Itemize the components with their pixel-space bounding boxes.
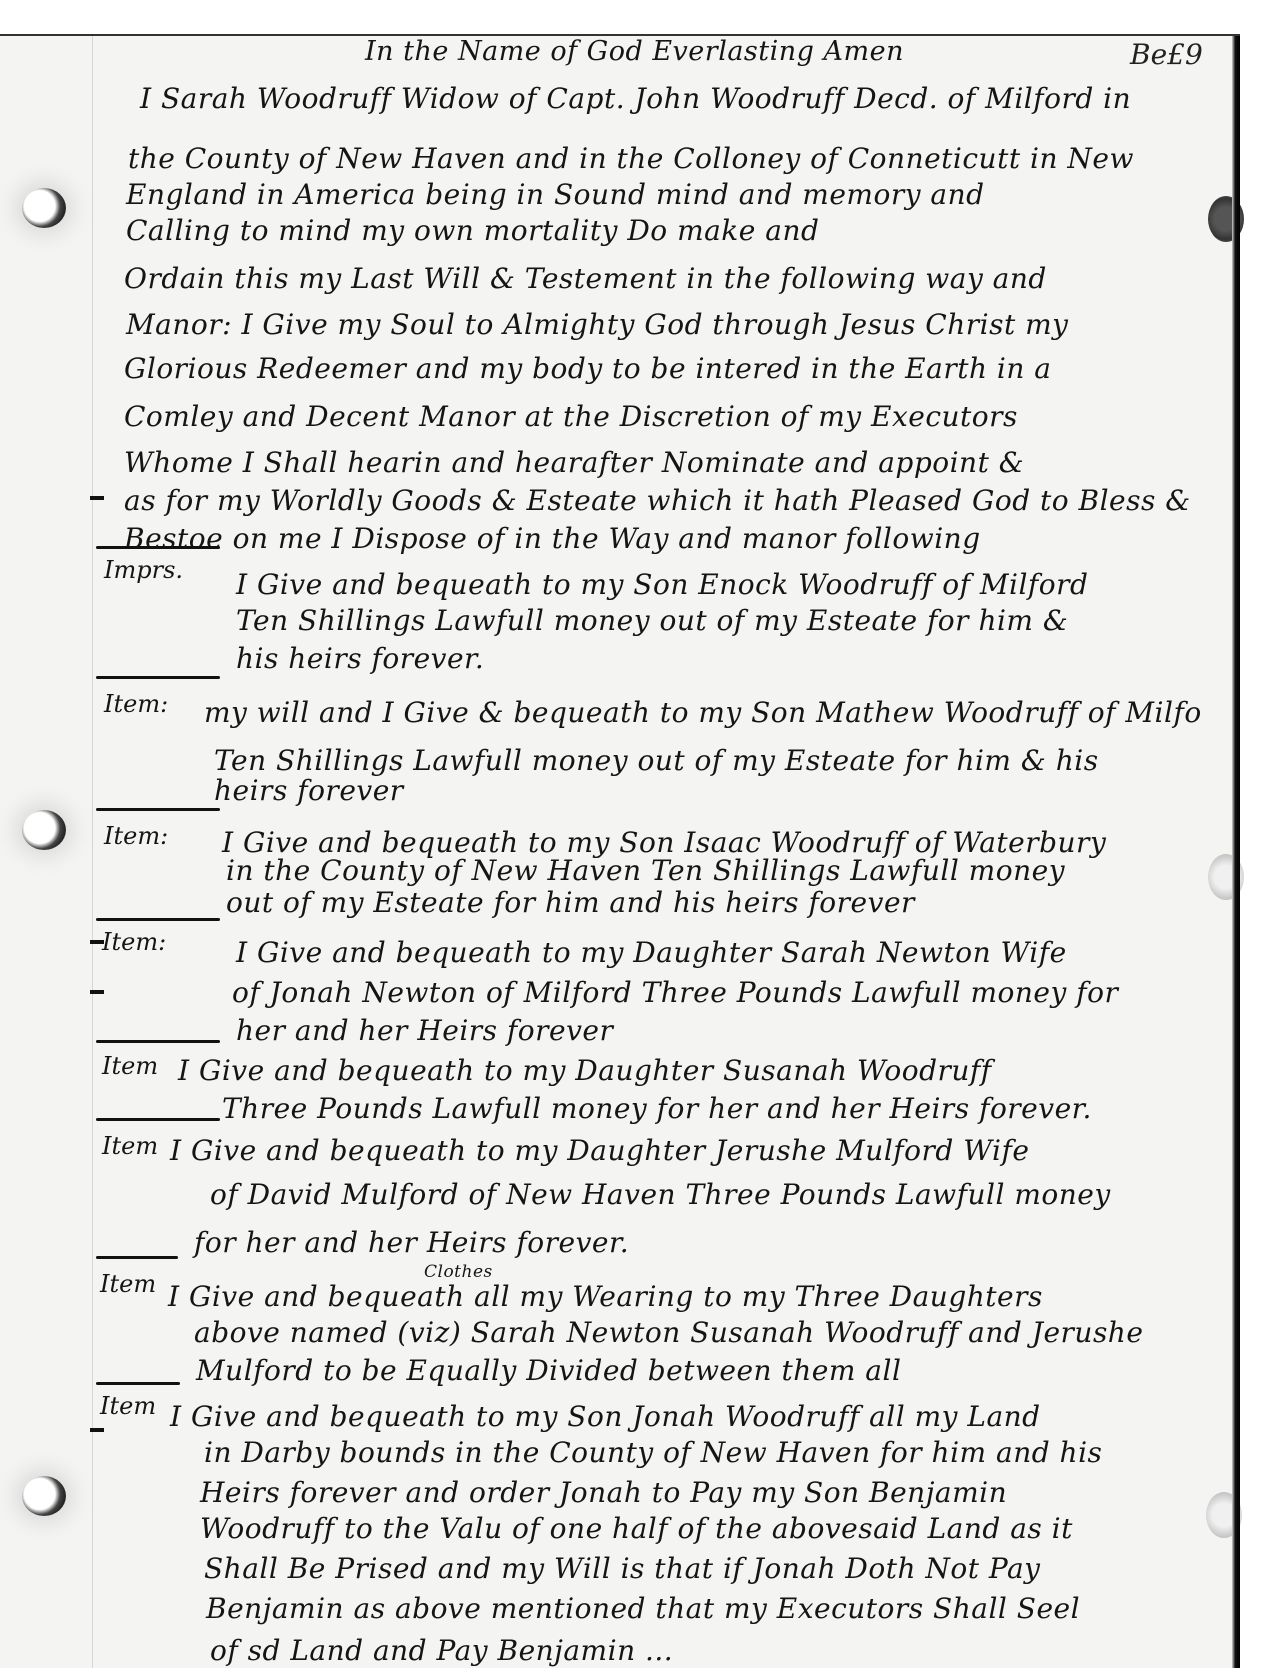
margin-line xyxy=(92,34,93,1668)
bequest-line: in Darby bounds in the County of New Hav… xyxy=(204,1436,1102,1469)
preamble-line: Glorious Redeemer and my body to be inte… xyxy=(124,352,1051,385)
bequest-label: Item xyxy=(102,1132,158,1160)
bequest-line: above named (viz) Sarah Newton Susanah W… xyxy=(194,1316,1143,1349)
section-rule xyxy=(96,1382,180,1385)
bequest-label: Imprs. xyxy=(104,556,183,584)
bequest-label: Item: xyxy=(104,822,168,850)
document-heading: In the Name of God Everlasting Amen xyxy=(365,36,904,67)
margin-mark xyxy=(90,990,104,994)
bequest-line: I Give and bequeath to my Daughter Susan… xyxy=(178,1054,992,1087)
bequest-line: Three Pounds Lawfull money for her and h… xyxy=(222,1092,1092,1125)
punch-hole-left-middle xyxy=(22,810,66,850)
preamble-line: Calling to mind my own mortality Do make… xyxy=(126,214,819,247)
bequest-line: Shall Be Prised and my Will is that if J… xyxy=(204,1552,1041,1585)
preamble-line: Manor: I Give my Soul to Almighty God th… xyxy=(126,308,1068,341)
section-rule xyxy=(96,676,220,679)
punch-hole-left-top xyxy=(22,188,66,228)
bequest-line: Heirs forever and order Jonah to Pay my … xyxy=(200,1476,1007,1509)
margin-mark xyxy=(90,940,104,944)
bequest-line: in the County of New Haven Ten Shillings… xyxy=(226,854,1065,887)
bequest-label: Item xyxy=(100,1270,156,1298)
scan-top-margin xyxy=(0,0,1275,34)
bequest-line: her and her Heirs forever xyxy=(236,1014,613,1047)
bequest-line: Ten Shillings Lawfull money out of my Es… xyxy=(236,604,1068,637)
bequest-line: I Give and bequeath to my Son Enock Wood… xyxy=(236,568,1088,601)
preamble-line: England in America being in Sound mind a… xyxy=(126,178,985,211)
preamble-line: the County of New Haven and in the Collo… xyxy=(128,142,1134,175)
bequest-line: my will and I Give & bequeath to my Son … xyxy=(204,696,1202,729)
bequest-line: of sd Land and Pay Benjamin ... xyxy=(210,1634,673,1667)
preamble-line: Bestoe on me I Dispose of in the Way and… xyxy=(124,522,981,555)
preamble-line: Ordain this my Last Will & Testement in … xyxy=(124,262,1047,295)
section-rule xyxy=(96,1256,178,1259)
bequest-line: I Give and bequeath to my Daughter Sarah… xyxy=(236,936,1067,969)
bequest-line: heirs forever xyxy=(214,774,404,807)
bequest-label: Item: xyxy=(104,690,168,718)
punch-hole-right-middle xyxy=(1208,854,1244,900)
margin-mark xyxy=(90,496,104,500)
section-rule xyxy=(96,808,220,811)
bequest-line: Mulford to be Equally Divided between th… xyxy=(196,1354,901,1387)
preamble-line: as for my Worldly Goods & Esteate which … xyxy=(124,484,1191,517)
bequest-label: Item xyxy=(102,1052,158,1080)
bequest-line: I Give and bequeath to my Daughter Jerus… xyxy=(170,1134,1029,1167)
punch-hole-right-top xyxy=(1208,196,1244,242)
bequest-line: Ten Shillings Lawfull money out of my Es… xyxy=(214,744,1099,777)
bequest-label: Item xyxy=(100,1392,156,1420)
bequest-line: I Give and bequeath all my Wearing to my… xyxy=(168,1280,1043,1313)
bequest-line: I Give and bequeath to my Son Jonah Wood… xyxy=(170,1400,1041,1433)
punch-hole-right-bottom xyxy=(1206,1492,1242,1538)
reference-mark: Be£9 xyxy=(1130,38,1203,71)
bequest-line: of Jonah Newton of Milford Three Pounds … xyxy=(232,976,1118,1009)
bequest-line: his heirs forever. xyxy=(236,642,484,675)
bequest-line: out of my Esteate for him and his heirs … xyxy=(226,886,915,919)
interlineation: Clothes xyxy=(424,1262,493,1282)
bequest-line: Benjamin as above mentioned that my Exec… xyxy=(206,1592,1080,1625)
preamble-line: I Sarah Woodruff Widow of Capt. John Woo… xyxy=(140,82,1131,115)
preamble-line: Whome I Shall hearin and hearafter Nomin… xyxy=(124,446,1024,479)
section-rule xyxy=(96,1040,220,1043)
preamble-line: Comley and Decent Manor at the Discretio… xyxy=(124,400,1018,433)
bequest-line: of David Mulford of New Haven Three Poun… xyxy=(210,1178,1111,1211)
punch-hole-left-bottom xyxy=(22,1476,66,1516)
bequest-label: Item: xyxy=(102,928,166,956)
section-rule xyxy=(96,546,220,549)
bequest-line: for her and her Heirs forever. xyxy=(194,1226,629,1259)
bequest-line: Woodruff to the Valu of one half of the … xyxy=(200,1512,1073,1545)
margin-mark xyxy=(90,1428,104,1432)
section-rule xyxy=(96,1118,220,1121)
section-rule xyxy=(96,918,220,921)
